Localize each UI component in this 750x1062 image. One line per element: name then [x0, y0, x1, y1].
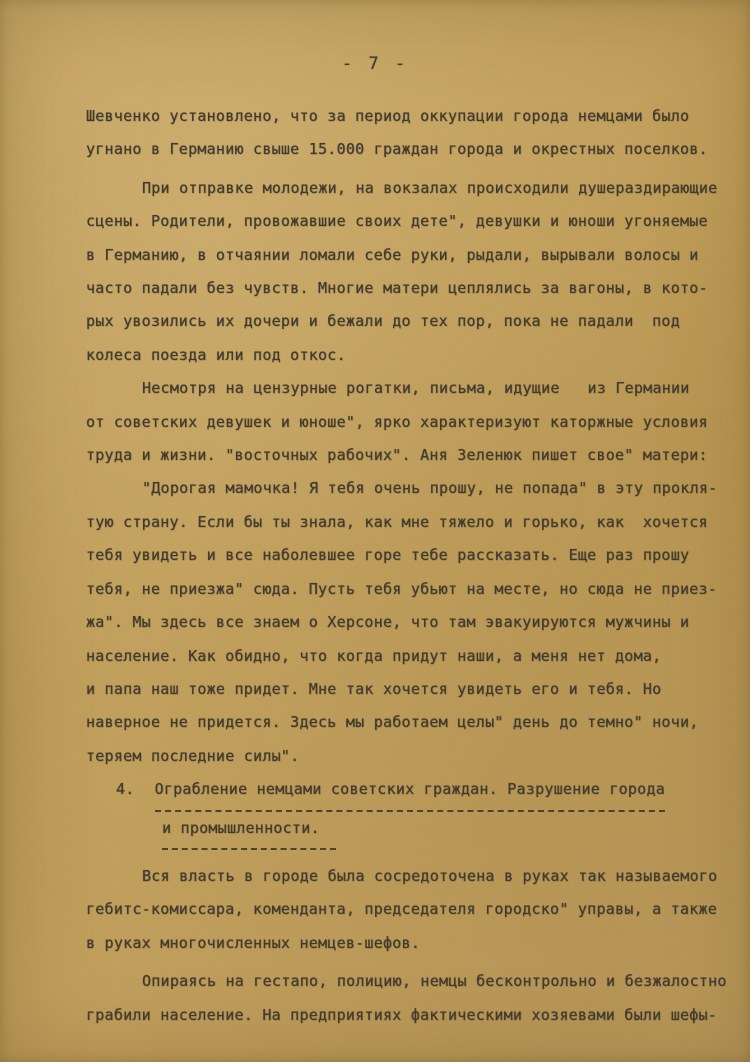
text-line: тебя увидеть и все наболевшее горе тебе … — [86, 539, 708, 572]
text-line: и папа наш тоже придет. Мне так хочется … — [86, 673, 708, 706]
paragraph: Опираясь на гестапо, полицию, немцы беск… — [86, 965, 708, 1032]
text-line: тую страну. Если бы ты знала, как мне тя… — [86, 506, 708, 539]
text-line: в Германию, в отчаянии ломали себе руки,… — [86, 239, 708, 272]
text-line: от советских девушек и юноше", ярко хара… — [86, 406, 708, 439]
text-line: Шевченко установлено, что за период окку… — [86, 100, 708, 133]
text-line: Вся власть в городе была сосредоточена в… — [86, 860, 708, 893]
text-line: жа". Мы здесь все знаем о Херсоне, что т… — [86, 606, 708, 639]
text-line: в руках многочисленных немцев-шефов. — [86, 927, 708, 960]
text-line: труда и жизни. "восточных рабочих". Аня … — [86, 439, 708, 472]
text-line: сцены. Родители, провожавшие своих дете"… — [86, 205, 708, 238]
text-line: гебитс-комиссара, коменданта, председате… — [86, 893, 708, 926]
text-line: Опираясь на гестапо, полицию, немцы беск… — [86, 965, 708, 998]
document-body: Шевченко установлено, что за период окку… — [86, 100, 708, 1032]
text-line: угнано в Германию свыше 15.000 граждан г… — [86, 133, 708, 166]
underlined-text: Ограбление немцами советских граждан. Ра… — [155, 773, 665, 811]
text-line: "Дорогая мамочка! Я тебя очень прошу, не… — [86, 472, 708, 505]
paragraph: Вся власть в городе была сосредоточена в… — [86, 860, 708, 960]
paragraph: При отправке молодежи, на вокзалах проис… — [86, 172, 708, 372]
paragraph: Шевченко установлено, что за период окку… — [86, 100, 708, 167]
text-line: Несмотря на цензурные рогатки, письма, и… — [86, 372, 708, 405]
text-line: и промышленности. — [86, 812, 708, 850]
text-line: наверное не придется. Здесь мы работаем … — [86, 706, 708, 739]
paragraph: Несмотря на цензурные рогатки, письма, и… — [86, 372, 708, 472]
text-line: тебя, не приезжа" сюда. Пусть тебя убьют… — [86, 573, 708, 606]
text-line: грабили население. На предприятиях факти… — [86, 999, 708, 1032]
text-line: теряем последние силы". — [86, 740, 708, 773]
text-line: При отправке молодежи, на вокзалах проис… — [86, 172, 708, 205]
text-line: рых увозились их дочери и бежали до тех … — [86, 305, 708, 338]
text-line: колеса поезда или под откос. — [86, 339, 708, 372]
section-heading: 4.Ограбление немцами советских граждан. … — [86, 773, 708, 850]
underlined-text: и промышленности. — [162, 812, 336, 850]
text-line: население. Как обидно, что когда придут … — [86, 640, 708, 673]
quote-paragraph: "Дорогая мамочка! Я тебя очень прошу, не… — [86, 472, 708, 773]
text-line: часто падали без чувств. Многие матери ц… — [86, 272, 708, 305]
text-line: 4.Ограбление немцами советских граждан. … — [86, 773, 708, 811]
heading-number: 4. — [116, 773, 155, 806]
document-page: - 7 - Шевченко установлено, что за перио… — [0, 0, 750, 1062]
page-number: - 7 - — [0, 54, 750, 74]
